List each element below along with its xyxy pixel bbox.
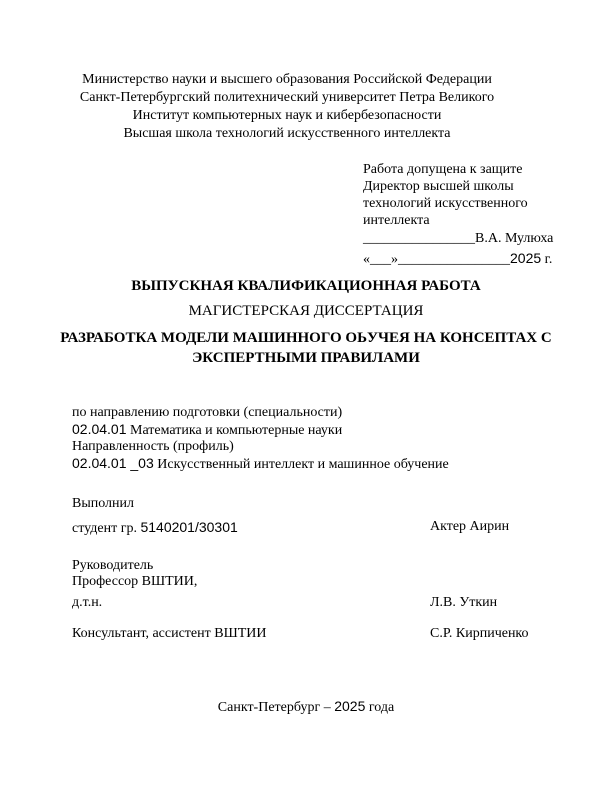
thesis-title-line-2: ЭКСПЕРТНЫМИ ПРАВИЛАМИ <box>0 348 612 368</box>
signature-underscores: ________________ <box>363 231 475 246</box>
school-line: Высшая школа технологий искусственного и… <box>0 125 574 143</box>
degree-heading: МАГИСТЕРСКАЯ ДИССЕРТАЦИЯ <box>0 302 612 320</box>
profile-line: 02.04.01 _03 Искусственный интеллект и м… <box>72 455 542 473</box>
approval-line-2: Директор высшей школы <box>363 178 563 195</box>
performed-label: Выполнил <box>72 496 134 512</box>
institute-line: Институт компьютерных наук и кибербезопа… <box>0 107 574 125</box>
date-month-underscores: ________________ <box>398 252 510 267</box>
supervisor-position-line-1: Профессор ВШТИИ, <box>72 574 197 590</box>
consultant-row: Консультант, ассистент ВШТИИ С.Р. Кирпич… <box>72 626 548 642</box>
city-year-line: Санкт-Петербург – 2025 года <box>0 697 612 717</box>
direction-code: 02.04.01 <box>72 421 127 437</box>
director-name: В.А. Мулюха <box>475 231 553 246</box>
student-row: студент гр. 5140201/30301 Актер Аирин <box>72 519 548 537</box>
approval-line-4: интеллекта <box>363 212 563 229</box>
programme-block: по направлению подготовки (специальности… <box>72 405 542 473</box>
direction-label: по направлению подготовки (специальности… <box>72 405 542 421</box>
date-day-blank: «___» <box>363 252 398 267</box>
direction-name: Математика и компьютерные науки <box>127 423 343 438</box>
approval-block: Работа допущена к защите Директор высшей… <box>363 161 563 268</box>
date-year-suffix: г. <box>541 252 552 267</box>
consultant-label: Консультант, ассистент ВШТИИ <box>72 626 430 642</box>
approval-line-3: технологий искусственного <box>363 195 563 212</box>
student-name: Актер Аирин <box>430 519 548 537</box>
supervisor-label: Руководитель <box>72 558 153 574</box>
student-group-number: 5140201/30301 <box>140 519 237 535</box>
direction-line: 02.04.01 Математика и компьютерные науки <box>72 421 542 439</box>
director-signature-line: ________________В.А. Мулюха <box>363 230 563 247</box>
supervisor-position-line-2: д.т.н. <box>72 595 430 611</box>
profile-name: Искусственный интеллект и машинное обуче… <box>154 457 449 472</box>
university-line: Санкт-Петербургский политехнический унив… <box>0 89 574 107</box>
thesis-title-heading: РАЗРАБОТКА МОДЕЛИ МАШИННОГО ОЬУЧЕЯ НА КО… <box>0 328 612 368</box>
footer-year: 2025 <box>334 698 365 714</box>
profile-code: 02.04.01 _03 <box>72 455 154 471</box>
approval-date-line: «___»________________2025 г. <box>363 250 563 268</box>
work-kind-heading: ВЫПУСКНАЯ КВАЛИФИКАЦИОННАЯ РАБОТА <box>0 277 612 295</box>
ministry-line: Министерство науки и высшего образования… <box>0 71 574 89</box>
thesis-title-line-1: РАЗРАБОТКА МОДЕЛИ МАШИННОГО ОЬУЧЕЯ НА КО… <box>0 328 612 348</box>
student-group-cell: студент гр. 5140201/30301 <box>72 519 430 537</box>
profile-label: Направленность (профиль) <box>72 439 542 455</box>
student-prefix: студент гр. <box>72 521 140 536</box>
footer-suffix: года <box>365 700 394 715</box>
city-prefix: Санкт-Петербург – <box>218 700 334 715</box>
consultant-name: С.Р. Кирпиченко <box>430 626 548 642</box>
approval-line-1: Работа допущена к защите <box>363 161 563 178</box>
thesis-title-page: Министерство науки и высшего образования… <box>0 0 612 792</box>
university-header: Министерство науки и высшего образования… <box>0 71 574 143</box>
date-year: 2025 <box>510 250 541 266</box>
supervisor-row: д.т.н. Л.В. Уткин <box>72 595 548 611</box>
supervisor-name: Л.В. Уткин <box>430 595 548 611</box>
